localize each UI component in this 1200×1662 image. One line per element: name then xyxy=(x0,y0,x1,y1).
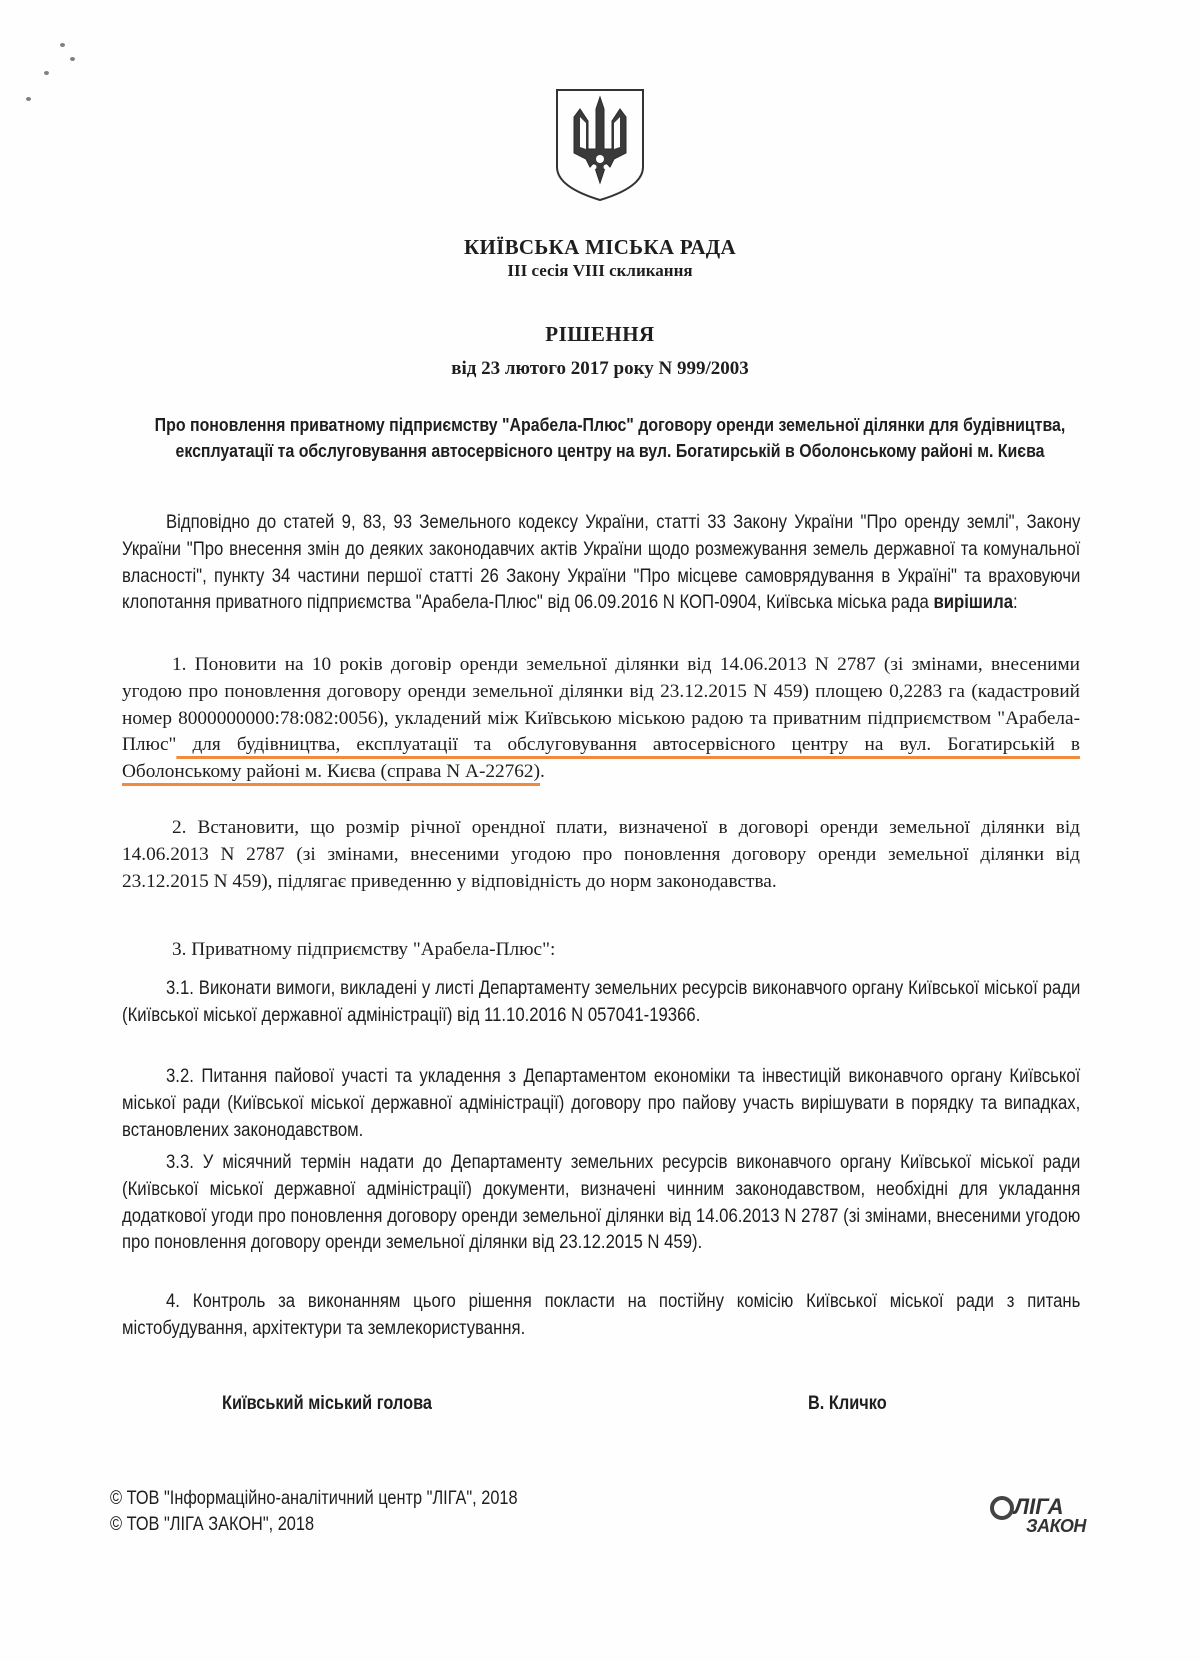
item-3-paragraph: 3. Приватному підприємству "Арабела-Плюс… xyxy=(122,937,1080,964)
item-3-3-paragraph: 3.3. У місячний термін надати до Департа… xyxy=(122,1150,1080,1257)
session-info: III сесія VIII скликання xyxy=(0,261,1200,281)
document-type: РІШЕННЯ xyxy=(0,322,1200,347)
item-2-paragraph: 2. Встановити, що розмір річної орендної… xyxy=(122,815,1080,895)
preamble-colon: : xyxy=(1013,592,1018,613)
council-name: КИЇВСЬКА МІСЬКА РАДА xyxy=(0,235,1200,260)
signatory-name: В. Кличко xyxy=(808,1393,887,1415)
logo-ring-icon xyxy=(990,1496,1014,1520)
logo-word-zakon: ЗАКОН xyxy=(1026,1516,1086,1537)
item-4-paragraph: 4. Контроль за виконанням цього рішення … xyxy=(122,1289,1080,1343)
copyright-line-1: © ТОВ "Інформаційно-аналітичний центр "Л… xyxy=(110,1488,518,1510)
item-2-text: 2. Встановити, що розмір річної орендної… xyxy=(122,815,1080,895)
item-3-3-text: 3.3. У місячний термін надати до Департа… xyxy=(122,1150,1080,1257)
trident-emblem-icon xyxy=(554,87,646,203)
document-page: КИЇВСЬКА МІСЬКА РАДА III сесія VIII скли… xyxy=(0,0,1200,1662)
decision-date-number: від 23 лютого 2017 року N 999/2003 xyxy=(0,358,1200,380)
item-3-1-paragraph: 3.1. Виконати вимоги, викладені у листі … xyxy=(122,976,1080,1030)
preamble-resolved: вирішила xyxy=(933,592,1013,613)
item-3-2-paragraph: 3.2. Питання пайової участі та укладення… xyxy=(122,1064,1080,1144)
item-1-paragraph: 1. Поновити на 10 років договір оренди з… xyxy=(122,652,1080,786)
item-3-1-text: 3.1. Виконати вимоги, викладені у листі … xyxy=(122,976,1080,1030)
liga-zakon-logo: ЛІГА ЗАКОН xyxy=(990,1492,1085,1542)
copyright-line-2: © ТОВ "ЛІГА ЗАКОН", 2018 xyxy=(110,1514,314,1536)
preamble-paragraph: Відповідно до статей 9, 83, 93 Земельног… xyxy=(122,510,1080,617)
item-3-2-text: 3.2. Питання пайової участі та укладення… xyxy=(122,1064,1080,1144)
signatory-title: Київський міський голова xyxy=(222,1393,432,1415)
item-1-highlighted-text: для будівництва, експлуатації та обслуго… xyxy=(122,734,1080,782)
item-4-text: 4. Контроль за виконанням цього рішення … xyxy=(122,1289,1080,1343)
decision-subject: Про поновлення приватному підприємству "… xyxy=(140,412,1080,464)
item-1-end: . xyxy=(540,761,545,782)
item-3-text: 3. Приватному підприємству "Арабела-Плюс… xyxy=(122,937,1080,964)
scan-specks xyxy=(20,35,80,115)
